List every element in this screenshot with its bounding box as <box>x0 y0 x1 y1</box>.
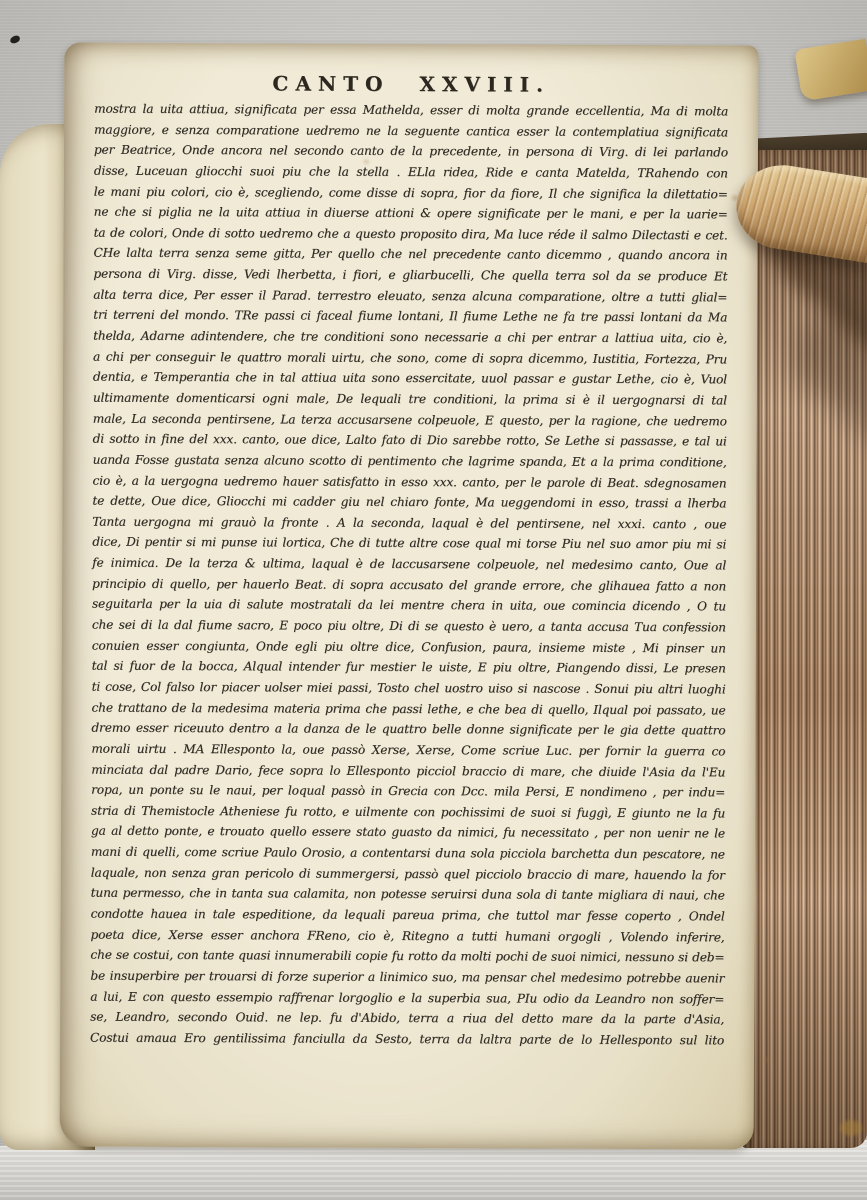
text-line: ultimamente domenticarsi ogni male, De l… <box>93 388 727 411</box>
text-line: a chi per conseguir le quattro morali ui… <box>93 346 727 369</box>
text-line: morali uirtu . MA Ellesponto la, oue pas… <box>91 738 725 761</box>
text-line: conuien esser congiunta, Onde egli piu o… <box>92 635 726 658</box>
text-line: ne che si piglia ne la uita attiua in di… <box>94 202 728 225</box>
text-line: se, Leandro, secondo Ouid. ne lep. fu d'… <box>90 1007 724 1030</box>
text-line: te dette, Oue dice, Gliocchi mi cadder g… <box>92 491 726 514</box>
text-line: che sei di la dal fiume sacro, E poco pi… <box>92 615 726 638</box>
book-page: CANTO XXVIII. mostra la uita attiua, sig… <box>60 42 759 1149</box>
text-line: ta de colori, Onde di sotto uedremo che … <box>94 222 728 245</box>
text-line: maggiore, e senza comparatione uedremo n… <box>94 119 728 142</box>
text-line: ga al detto ponte, e trouato quello esse… <box>91 821 725 844</box>
text-line: le mani piu colori, cio è, scegliendo, c… <box>94 181 728 204</box>
text-line: minciata dal padre Dario, fece sopra lo … <box>91 759 725 782</box>
text-line: principio di quello, per hauerlo Beat. d… <box>92 573 726 596</box>
fore-edge-gilt-patch <box>840 1120 862 1136</box>
page-text-block: mostra la uita attiua, significata per e… <box>90 99 728 1051</box>
text-line: fe inimica. De la terza & ultima, laqual… <box>92 553 726 576</box>
text-line: Costui amaua Ero gentilissima fanciulla … <box>90 1027 724 1050</box>
vellum-cover-corner <box>794 39 867 102</box>
text-line: stria di Themistocle Atheniese fu rotto,… <box>91 800 725 823</box>
text-line: dremo esser riceuuto dentro a la danza d… <box>91 718 725 741</box>
text-line: che trattano de la medesima materia prim… <box>91 697 725 720</box>
text-line: persona di Virg. disse, Vedi lherbetta, … <box>93 264 727 287</box>
text-line: CHe lalta terra senza seme gitta, Per qu… <box>93 243 727 266</box>
text-line: che se costui, con tante quasi innumerab… <box>90 945 724 968</box>
text-line: di sotto in fine del xxx. canto, oue dic… <box>93 429 727 452</box>
text-line: dice, Di pentir si mi punse iui lortica,… <box>92 532 726 555</box>
text-line: dentia, e Temperantia che in tal attiua … <box>93 367 727 390</box>
text-line: thelda, Adarne adintendere, che tre cond… <box>93 326 727 349</box>
text-line: Tanta uergogna mi grauò la fronte . A la… <box>92 511 726 534</box>
text-line: alta terra dice, Per esser il Parad. ter… <box>93 284 727 307</box>
foxing-spot <box>764 1058 769 1063</box>
text-line: condotte hauea in tale espeditione, da l… <box>91 904 725 927</box>
text-line: cio è, a la uergogna uedremo hauer satis… <box>92 470 726 493</box>
text-line: mostra la uita attiua, significata per e… <box>94 99 728 122</box>
text-line: disse, Luceuan gliocchi suoi piu che la … <box>94 161 728 184</box>
text-line: uanda Fosse gustata senza alcuno scotto … <box>93 450 727 473</box>
text-line: mani di quelli, come scriue Paulo Orosio… <box>91 842 725 865</box>
text-line: tal si fuor de la bocca, Alqual intender… <box>92 656 726 679</box>
text-line: seguitarla per la uia di salute mostrata… <box>92 594 726 617</box>
text-line: ropa, un ponte su le naui, per loqual pa… <box>91 780 725 803</box>
text-line: tuna permesso, che in tanta sua calamita… <box>91 883 725 906</box>
text-line: per Beatrice, Onde ancora nel secondo ca… <box>94 140 728 163</box>
text-line: ti cose, Col falso lor piacer uolser mie… <box>92 677 726 700</box>
canto-header: CANTO XXVIII. <box>94 71 728 98</box>
text-line: laquale, non senza gran pericolo di summ… <box>91 862 725 885</box>
text-line: a lui, E con questo essempio raffrenar l… <box>90 986 724 1009</box>
text-line: male, La seconda pentirsene, La terza ac… <box>93 408 727 431</box>
text-line: tri terreni del mondo. TRe passi ci face… <box>93 305 727 328</box>
text-line: poeta dice, Xerse esser anchora FReno, c… <box>90 924 724 947</box>
text-line: be insuperbire per trouarsi di forze sup… <box>90 966 724 989</box>
foxing-spot <box>364 160 369 164</box>
